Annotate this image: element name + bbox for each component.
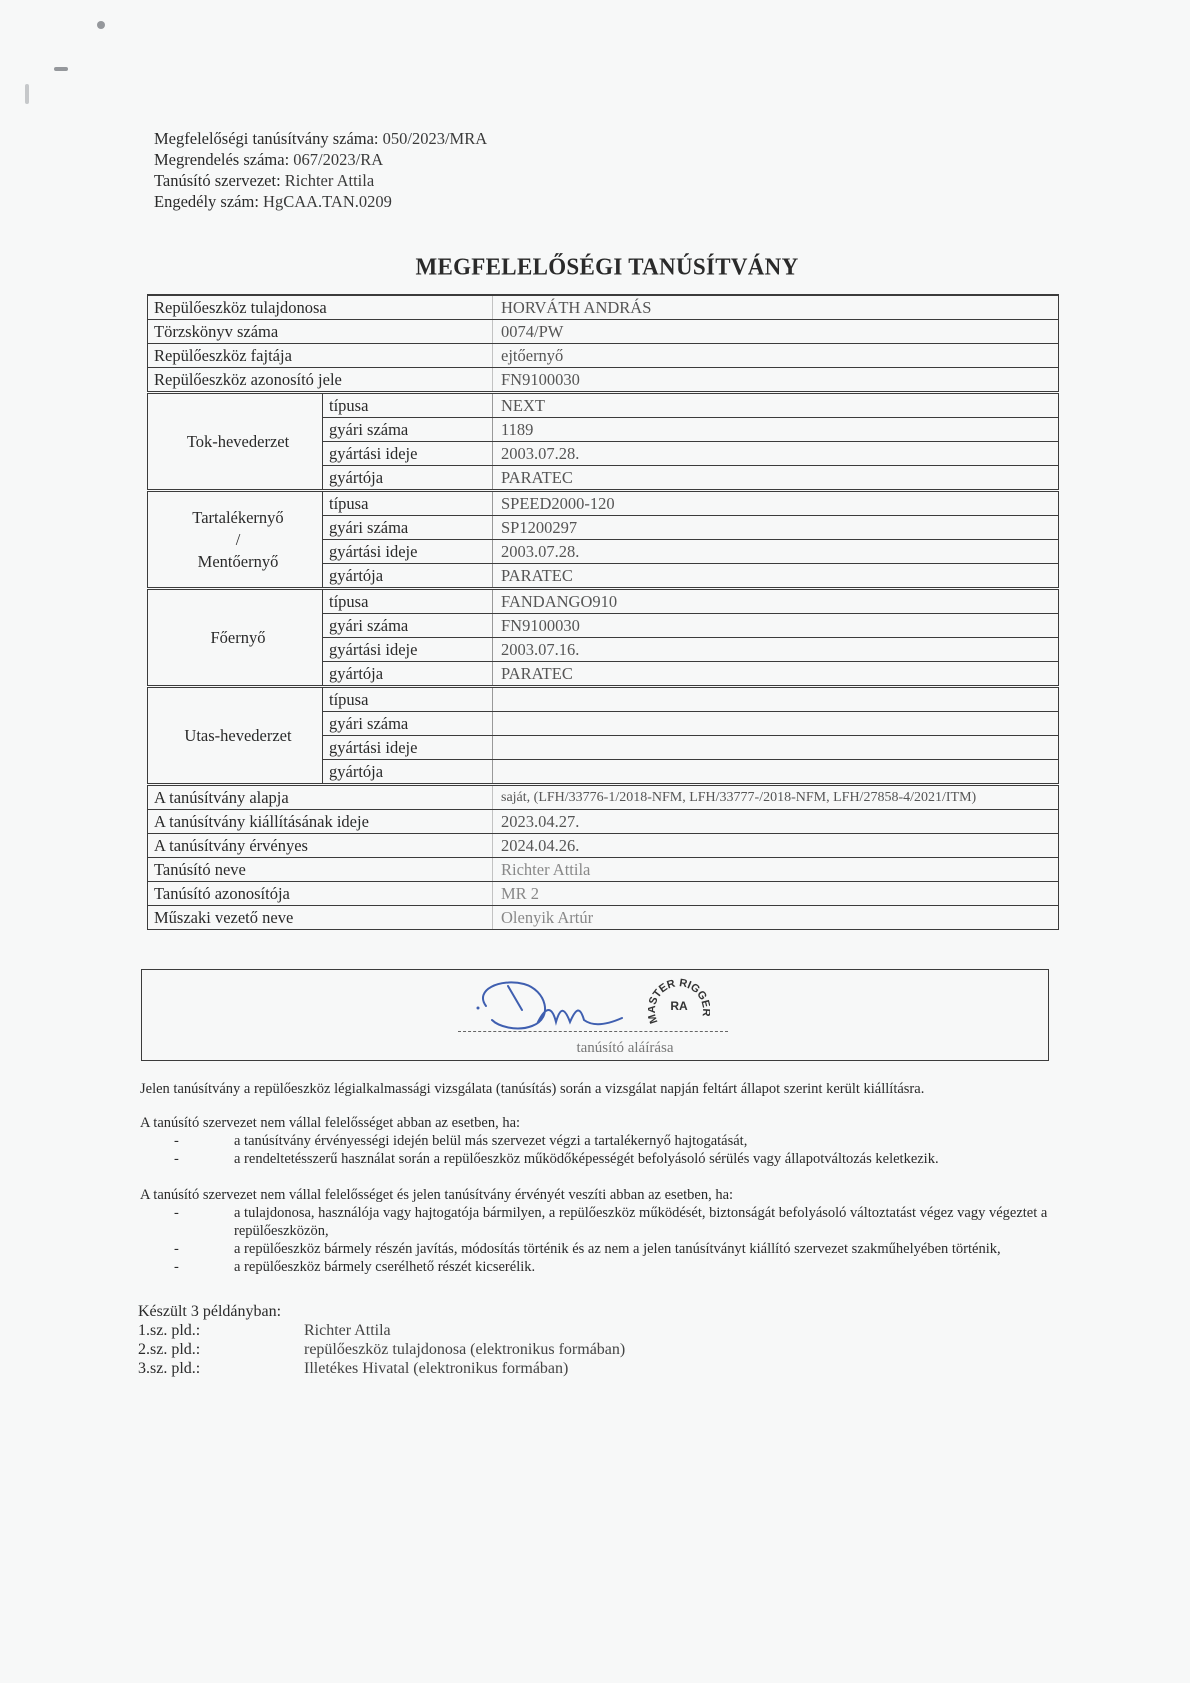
- component-field-label: gyártója: [323, 564, 493, 589]
- certificate-header: Megfelelőségi tanúsítvány száma: 050/202…: [154, 128, 487, 212]
- component-field-value: [493, 687, 1059, 712]
- signature-scribble-icon: [472, 976, 672, 1036]
- component-field-value: FANDANGO910: [493, 589, 1059, 614]
- table-row: Tartalékernyő/MentőernyőtípusaSPEED2000-…: [148, 491, 1059, 516]
- signature-box: MASTER RIGGER RA tanúsító aláírása: [141, 969, 1049, 1061]
- scan-speck: [25, 84, 29, 104]
- bullet-dash-icon: -: [140, 1132, 212, 1150]
- component-field-label: gyári száma: [323, 712, 493, 736]
- field-value: Richter Attila: [493, 858, 1059, 882]
- component-field-label: típusa: [323, 589, 493, 614]
- field-label: Repülőeszköz fajtája: [148, 344, 493, 368]
- license-number-line: Engedély szám: HgCAA.TAN.0209: [154, 191, 487, 212]
- component-field-label: gyártási ideje: [323, 540, 493, 564]
- liability-section-2: A tanúsító szervezet nem vállal felelőss…: [140, 1186, 1060, 1276]
- table-row: A tanúsítvány kiállításának ideje2023.04…: [148, 810, 1059, 834]
- table-row: Törzskönyv száma0074/PW: [148, 320, 1059, 344]
- signature-caption: tanúsító aláírása: [142, 1040, 1048, 1057]
- svg-text:RA: RA: [670, 999, 688, 1013]
- component-field-label: gyári száma: [323, 516, 493, 540]
- field-value: 0074/PW: [493, 320, 1059, 344]
- field-label: A tanúsítvány kiállításának ideje: [148, 810, 493, 834]
- order-number-line: Megrendelés száma: 067/2023/RA: [154, 149, 487, 170]
- field-label: Törzskönyv száma: [148, 320, 493, 344]
- certifying-org-label: Tanúsító szervezet:: [154, 171, 281, 190]
- scan-speck: [97, 21, 105, 29]
- component-field-value: 2003.07.28.: [493, 442, 1059, 466]
- liability-2-intro: A tanúsító szervezet nem vállal felelőss…: [140, 1186, 1060, 1204]
- component-field-label: gyári száma: [323, 614, 493, 638]
- table-row: Műszaki vezető neveOlenyik Artúr: [148, 906, 1059, 930]
- field-value: FN9100030: [493, 368, 1059, 393]
- component-field-label: gyártási ideje: [323, 442, 493, 466]
- liability-2-item-text: a tulajdonosa, használója vagy hajtogató…: [234, 1204, 1060, 1240]
- component-group-label: Főernyő: [148, 589, 323, 687]
- component-field-value: FN9100030: [493, 614, 1059, 638]
- field-value: HORVÁTH ANDRÁS: [493, 295, 1059, 320]
- field-label: Repülőeszköz azonosító jele: [148, 368, 493, 393]
- field-value: Olenyik Artúr: [493, 906, 1059, 930]
- component-field-value: PARATEC: [493, 564, 1059, 589]
- liability-1-item: -a tanúsítvány érvényességi idején belül…: [140, 1132, 1060, 1150]
- scan-speck: [54, 67, 68, 71]
- component-field-label: gyártója: [323, 466, 493, 491]
- field-label: Repülőeszköz tulajdonosa: [148, 295, 493, 320]
- copy-recipient: Illetékes Hivatal (elektronikus formában…: [304, 1359, 568, 1378]
- component-field-value: SP1200297: [493, 516, 1059, 540]
- component-field-value: [493, 736, 1059, 760]
- copy-label: 3.sz. pld.:: [138, 1359, 304, 1378]
- component-field-value: 2003.07.16.: [493, 638, 1059, 662]
- liability-1-item-text: a tanúsítvány érvényességi idején belül …: [234, 1132, 747, 1150]
- table-row: A tanúsítvány érvényes2024.04.26.: [148, 834, 1059, 858]
- component-field-label: gyártója: [323, 662, 493, 687]
- bullet-dash-icon: -: [140, 1204, 212, 1240]
- order-number: 067/2023/RA: [293, 150, 383, 169]
- component-field-value: SPEED2000-120: [493, 491, 1059, 516]
- table-row: FőernyőtípusaFANDANGO910: [148, 589, 1059, 614]
- table-row: Repülőeszköz fajtájaejtőernyő: [148, 344, 1059, 368]
- certificate-number-line: Megfelelőségi tanúsítvány száma: 050/202…: [154, 128, 487, 149]
- component-field-label: gyártási ideje: [323, 736, 493, 760]
- field-value: ejtőernyő: [493, 344, 1059, 368]
- table-row: Tanúsító azonosítójaMR 2: [148, 882, 1059, 906]
- liability-section-1: A tanúsító szervezet nem vállal felelőss…: [140, 1114, 1060, 1168]
- certificate-number: 050/2023/MRA: [383, 129, 488, 148]
- field-value: 2024.04.26.: [493, 834, 1059, 858]
- component-group-label: Utas-hevederzet: [148, 687, 323, 785]
- master-rigger-stamp-icon: MASTER RIGGER RA: [648, 974, 710, 1036]
- component-field-value: PARATEC: [493, 662, 1059, 687]
- document-title: MEGFELELŐSÉGI TANÚSÍTVÁNY: [0, 253, 1190, 280]
- table-row: Repülőeszköz tulajdonosaHORVÁTH ANDRÁS: [148, 295, 1059, 320]
- order-number-label: Megrendelés száma:: [154, 150, 289, 169]
- component-field-value: 1189: [493, 418, 1059, 442]
- copy-recipient: Richter Attila: [304, 1321, 391, 1340]
- copy-row: 2.sz. pld.:repülőeszköz tulajdonosa (ele…: [138, 1340, 625, 1359]
- liability-2-item: -a tulajdonosa, használója vagy hajtogat…: [140, 1204, 1060, 1240]
- copy-recipient: repülőeszköz tulajdonosa (elektronikus f…: [304, 1340, 625, 1359]
- component-field-value: NEXT: [493, 393, 1059, 418]
- component-field-label: gyártási ideje: [323, 638, 493, 662]
- license-number-label: Engedély szám:: [154, 192, 259, 211]
- license-number: HgCAA.TAN.0209: [263, 192, 392, 211]
- liability-2-item-text: a repülőeszköz bármely részén javítás, m…: [234, 1240, 1001, 1258]
- field-label: A tanúsítvány alapja: [148, 785, 493, 810]
- certifying-org: Richter Attila: [285, 171, 374, 190]
- field-label: Tanúsító neve: [148, 858, 493, 882]
- table-row: Repülőeszköz azonosító jeleFN9100030: [148, 368, 1059, 393]
- field-value: saját, (LFH/33776-1/2018-NFM, LFH/33777-…: [493, 785, 1059, 810]
- table-row: A tanúsítvány alapjasaját, (LFH/33776-1/…: [148, 785, 1059, 810]
- bullet-dash-icon: -: [140, 1240, 212, 1258]
- copy-label: 2.sz. pld.:: [138, 1340, 304, 1359]
- liability-2-item-text: a repülőeszköz bármely cserélhető részét…: [234, 1258, 535, 1276]
- component-field-value: PARATEC: [493, 466, 1059, 491]
- component-field-label: gyári száma: [323, 418, 493, 442]
- table-row: Tok-hevederzettípusaNEXT: [148, 393, 1059, 418]
- copies-section: Készült 3 példányban: 1.sz. pld.:Richter…: [138, 1302, 625, 1378]
- liability-1-intro: A tanúsító szervezet nem vállal felelőss…: [140, 1114, 1060, 1132]
- field-label: A tanúsítvány érvényes: [148, 834, 493, 858]
- component-field-value: 2003.07.28.: [493, 540, 1059, 564]
- liability-1-item-text: a rendeltetésszerű használat során a rep…: [234, 1150, 939, 1168]
- certificate-statement: Jelen tanúsítvány a repülőeszköz légialk…: [140, 1080, 1060, 1098]
- copies-intro: Készült 3 példányban:: [138, 1302, 625, 1321]
- copy-label: 1.sz. pld.:: [138, 1321, 304, 1340]
- component-field-label: típusa: [323, 393, 493, 418]
- component-group-label: Tartalékernyő/Mentőernyő: [148, 491, 323, 589]
- field-label: Tanúsító azonosítója: [148, 882, 493, 906]
- component-group-label: Tok-hevederzet: [148, 393, 323, 491]
- table-row: Utas-hevederzettípusa: [148, 687, 1059, 712]
- certificate-number-label: Megfelelőségi tanúsítvány száma:: [154, 129, 379, 148]
- certificate-table: Repülőeszköz tulajdonosaHORVÁTH ANDRÁSTö…: [147, 294, 1059, 930]
- component-field-label: típusa: [323, 687, 493, 712]
- liability-2-item: -a repülőeszköz bármely részén javítás, …: [140, 1240, 1060, 1258]
- copy-row: 3.sz. pld.:Illetékes Hivatal (elektronik…: [138, 1359, 625, 1378]
- certifying-org-line: Tanúsító szervezet: Richter Attila: [154, 170, 487, 191]
- field-value: MR 2: [493, 882, 1059, 906]
- signature-line: [458, 1031, 728, 1032]
- liability-2-item: -a repülőeszköz bármely cserélhető részé…: [140, 1258, 1060, 1276]
- component-field-label: típusa: [323, 491, 493, 516]
- component-field-label: gyártója: [323, 760, 493, 785]
- liability-1-item: -a rendeltetésszerű használat során a re…: [140, 1150, 1060, 1168]
- copy-row: 1.sz. pld.:Richter Attila: [138, 1321, 625, 1340]
- component-field-value: [493, 712, 1059, 736]
- field-value: 2023.04.27.: [493, 810, 1059, 834]
- field-label: Műszaki vezető neve: [148, 906, 493, 930]
- component-field-value: [493, 760, 1059, 785]
- bullet-dash-icon: -: [140, 1150, 212, 1168]
- table-row: Tanúsító neveRichter Attila: [148, 858, 1059, 882]
- bullet-dash-icon: -: [140, 1258, 212, 1276]
